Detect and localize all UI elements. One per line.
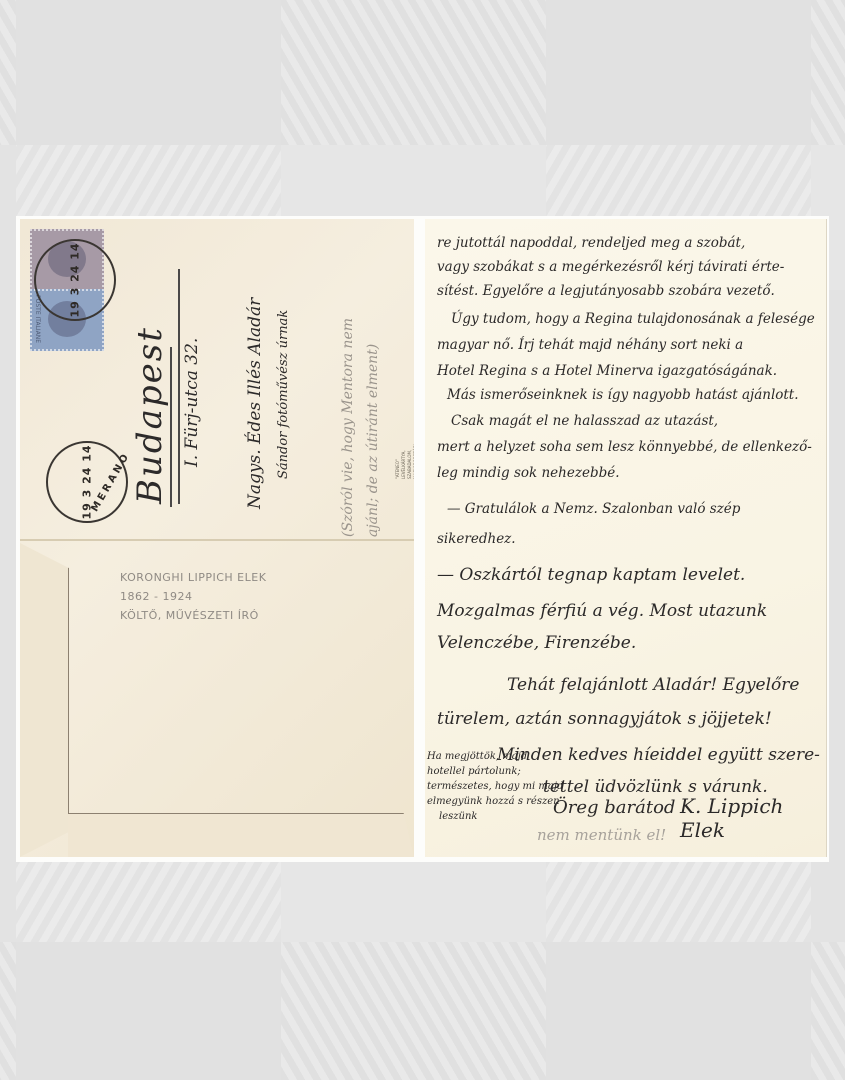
address-street: I. Fürj-utca 32. xyxy=(182,338,202,467)
letter-line: Tehát felajánlott Aladár! Egyelőre xyxy=(507,675,799,695)
letter-line: Más ismerőseinknek is így nagyobb hatást… xyxy=(447,387,799,403)
address-side-panel: POSTE ITALIANE 19 3 24 14 19 3 24 14 MER… xyxy=(20,219,414,857)
pencil-note: (Szóról vie, hogy Mentora nem xyxy=(340,318,356,537)
closing-salutation: Öreg barátod xyxy=(553,797,675,818)
letter-line: vagy szobákat s a megérkezésről kérj táv… xyxy=(437,259,784,275)
author-occupation: KÖLTŐ, MŰVÉSZETI ÍRÓ xyxy=(120,606,266,625)
printer-imprint: "ATENEO" LEVÉLKÁRTYA, SZABADALOM, MAGYAR… xyxy=(395,444,414,479)
author-dates: 1862 - 1924 xyxy=(120,587,266,606)
letter-line: Mozgalmas férfiú a vég. Most utazunk xyxy=(437,601,767,621)
pencil-note: ajánl; de az útiránt elment) xyxy=(365,344,381,537)
letter-line: leg mindig sok nehezebbé. xyxy=(437,465,620,481)
signature: K. Lippich Elek xyxy=(680,794,826,842)
letter-line: Csak magát el ne halasszad az utazást, xyxy=(451,413,718,429)
address-city: Budapest xyxy=(130,326,170,504)
postmark: 19 3 24 14 xyxy=(34,239,116,321)
recipient-name: Nagys. Édes Illés Aladár xyxy=(245,298,265,509)
address-rule xyxy=(170,347,172,507)
letter-line: — Gratulálok a Nemz. Szalonban való szép xyxy=(447,501,740,517)
letter-line: türelem, aztán sonnagyjátok s jöjjetek! xyxy=(437,709,772,729)
letter-panel: re jutottál napoddal, rendeljed meg a sz… xyxy=(425,219,827,857)
letter-line: sítést. Egyelőre a legjutányosabb szobár… xyxy=(437,283,775,299)
letter-line: Hotel Regina s a Hotel Minerva igazgatós… xyxy=(437,363,777,379)
recipient-title: Sándor fotóművész úrnak xyxy=(276,310,291,479)
letter-line: re jutottál napoddal, rendeljed meg a sz… xyxy=(437,235,745,251)
pencil-footnote: nem mentünk el! xyxy=(537,826,666,844)
letter-line: — Oszkártól tegnap kaptam levelet. xyxy=(437,565,745,585)
author-name: KORONGHI LIPPICH ELEK xyxy=(120,568,266,587)
letter-line: Úgy tudom, hogy a Regina tulajdonosának … xyxy=(451,311,815,327)
fold-line xyxy=(20,539,414,541)
merano-postmark: 19 3 24 14 MERANO xyxy=(46,441,128,523)
archival-pencil-note: KORONGHI LIPPICH ELEK 1862 - 1924 KÖLTŐ,… xyxy=(120,568,266,625)
bottom-flap xyxy=(68,813,414,857)
letter-line: Velenczébe, Firenzébe. xyxy=(437,633,636,653)
postmark-city: MERANO xyxy=(89,450,132,514)
margin-note: Ha megjöttök, majd hotellel pártolunk; t… xyxy=(427,749,563,824)
letter-line: sikeredhez. xyxy=(437,531,516,547)
letter-line: mert a helyzet soha sem lesz könnyebbé, … xyxy=(437,439,812,455)
address-rule xyxy=(178,269,180,504)
postmark-date: 19 3 24 14 xyxy=(69,242,82,317)
side-flap xyxy=(20,543,69,857)
scan-frame: POSTE ITALIANE 19 3 24 14 19 3 24 14 MER… xyxy=(16,216,829,862)
letter-line: magyar nő. Írj tehát majd néhány sort ne… xyxy=(437,337,743,353)
